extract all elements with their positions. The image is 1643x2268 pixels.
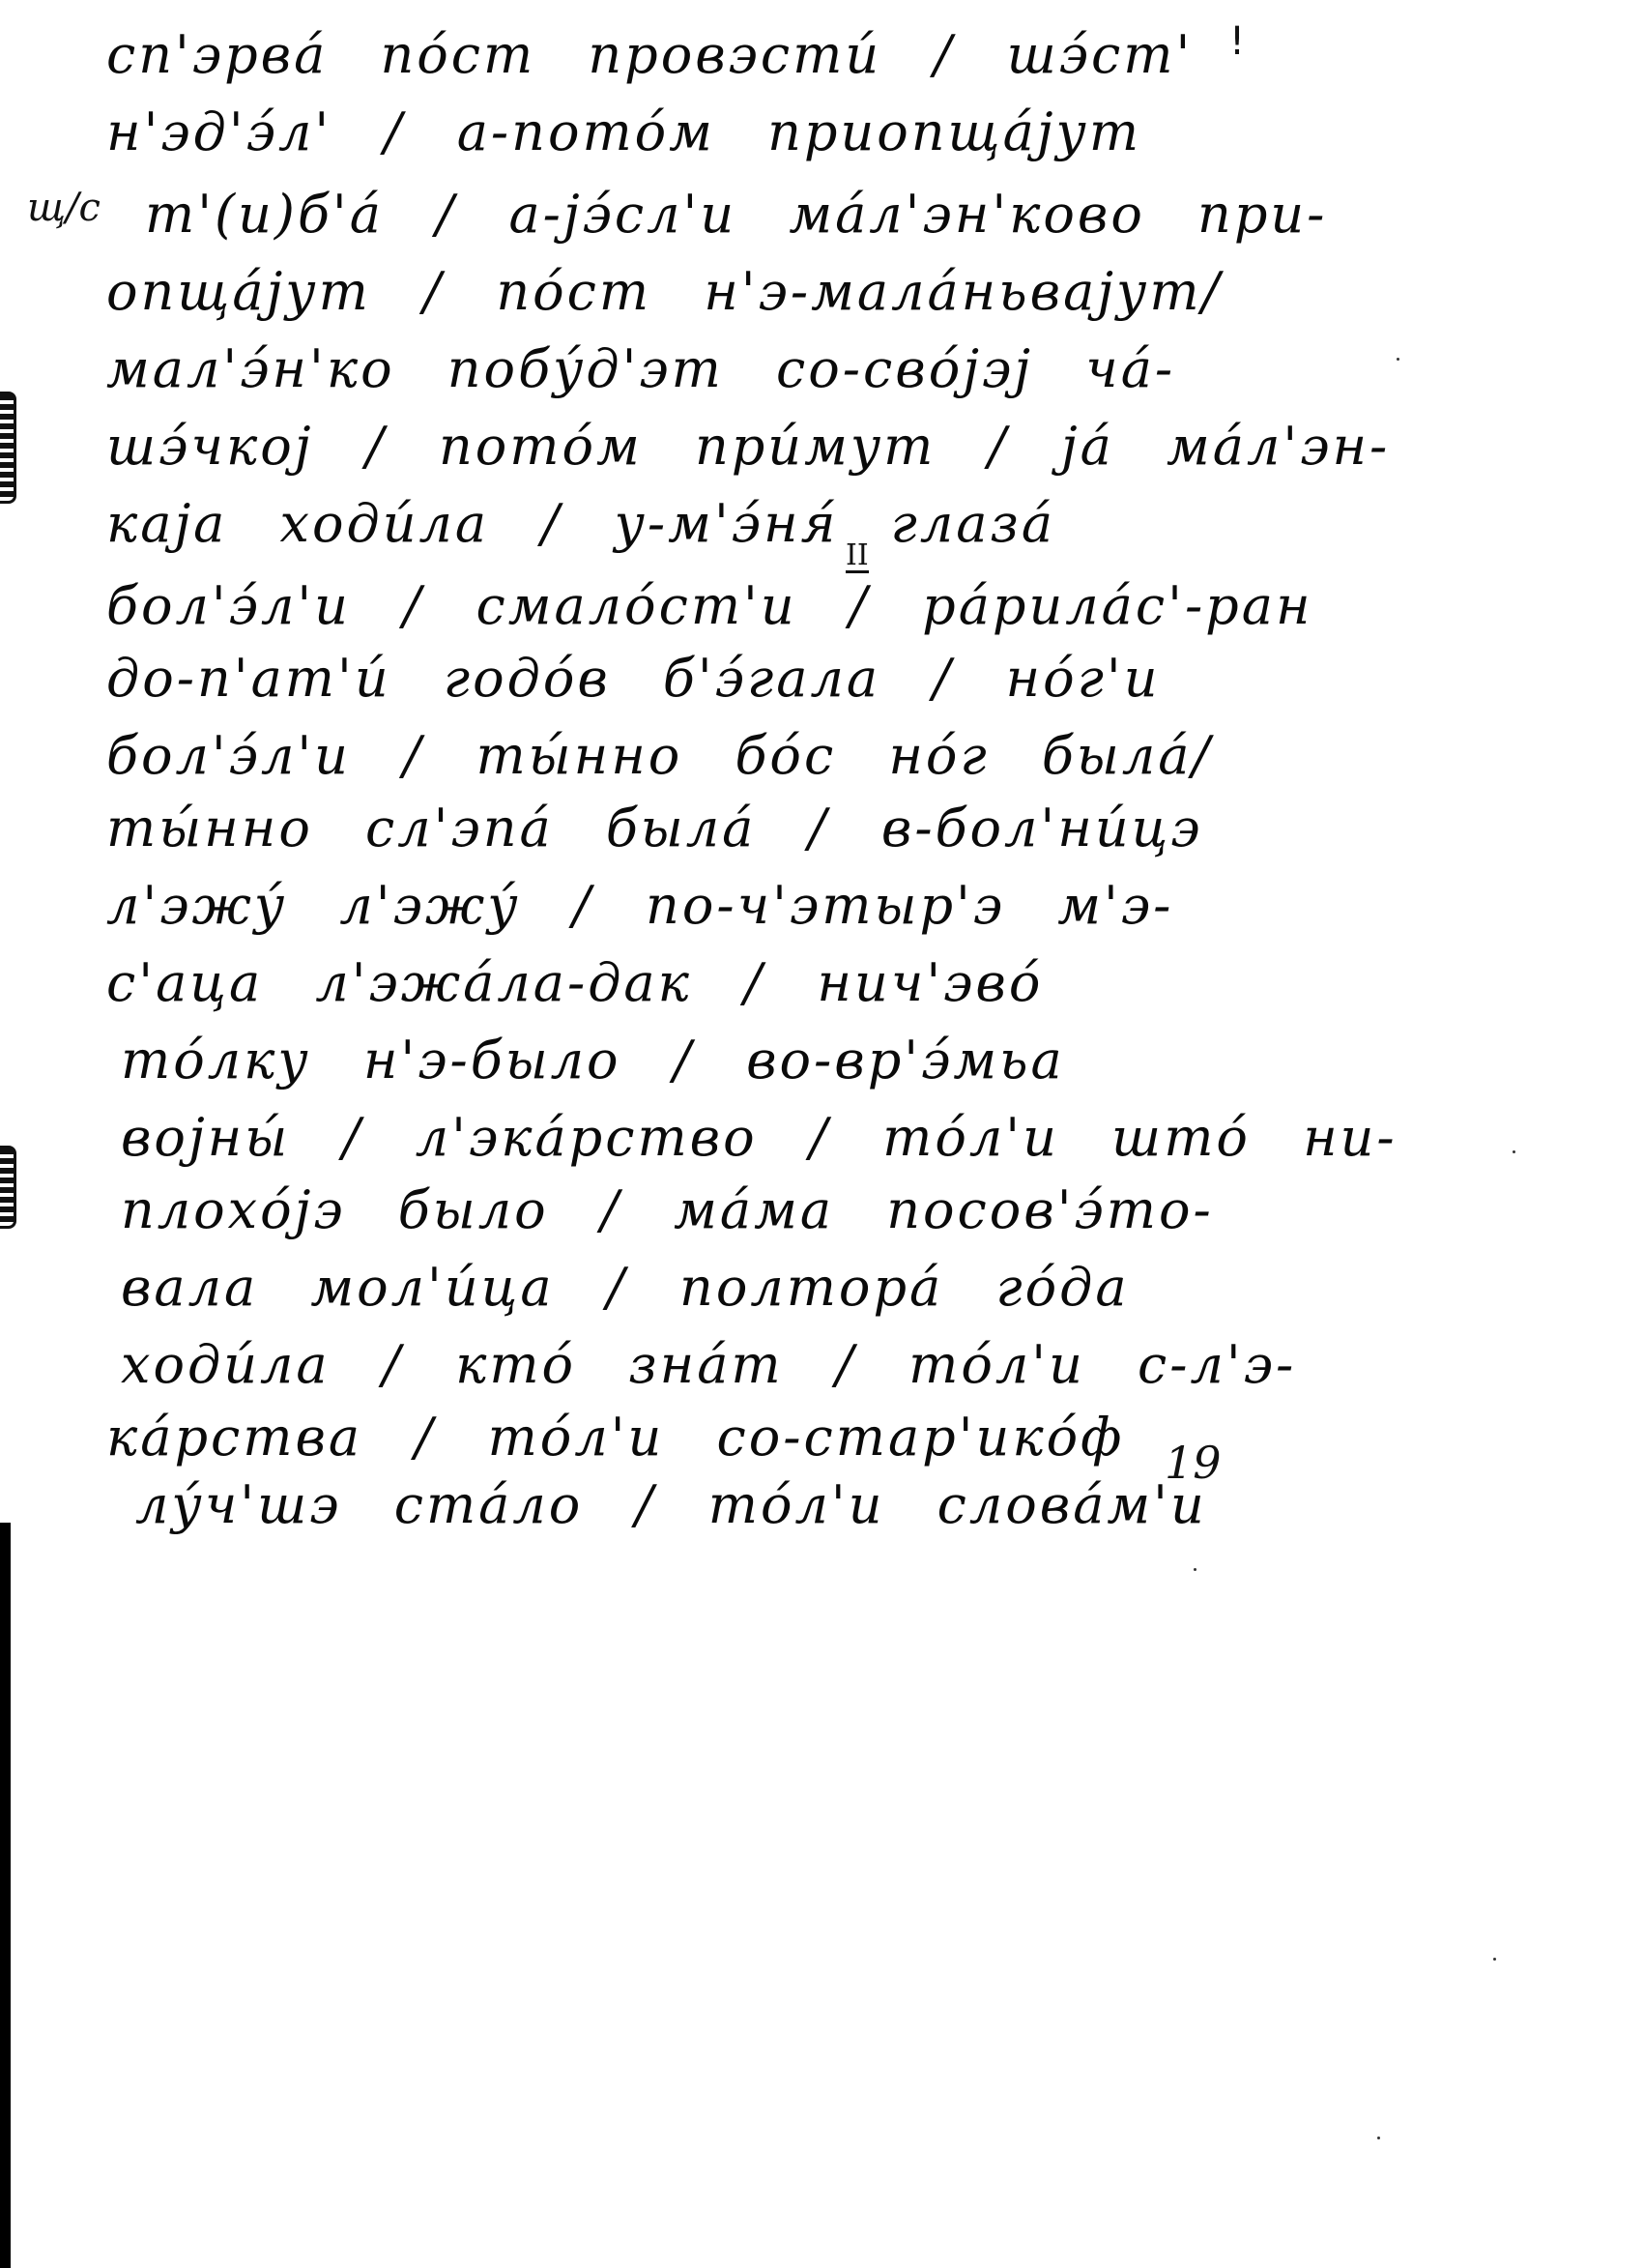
transcript-line-15: воjны́ / л'эка́рство / то́л'и што́ ни-: [121, 1112, 1398, 1164]
scan-speck: [1377, 2137, 1380, 2139]
transcript-line-19: ка́рства / то́л'и со-стар'ико́ф: [106, 1411, 1124, 1464]
binder-hole-mark-top: [0, 392, 16, 504]
page-number: 19: [1165, 1437, 1222, 1489]
transcript-line-16: плохо́jэ было / ма́ма посов'э́то-: [121, 1184, 1214, 1236]
scan-edge-black-bar: [0, 1523, 11, 2268]
scanned-page: ! щ/с сп'эрва́ по́ст провэсти́ / шэ́ст' …: [0, 0, 1643, 2268]
transcript-line-12: л'эжу́ л'эжу́ / по-ч'этыр'э м'э-: [106, 880, 1173, 932]
scan-speck: [1493, 1958, 1496, 1961]
transcript-line-5: мал'э́н'ко побу́д'эт со-сво́jэj ча́-: [106, 343, 1175, 395]
transcript-line-9: до-п'ат'и́ годо́в б'э́гала / но́г'и: [106, 653, 1161, 705]
scan-speck: [1397, 358, 1399, 361]
margin-note-text: щ/с: [27, 186, 101, 230]
transcript-line-3: т'(и)б'а́ / а-jэ́сл'и ма́л'эн'ково при-: [145, 189, 1327, 241]
binder-hole-mark-middle: [0, 1146, 16, 1229]
transcript-line-2: н'эд'э́л' / а-пото́м приопща́jут: [106, 106, 1141, 159]
transcript-line-10: бол'э́л'и / ты́нно бо́с но́г была́/: [106, 730, 1213, 782]
transcript-line-1: сп'эрва́ по́ст провэсти́ / шэ́ст': [106, 29, 1193, 81]
transcript-line-20: лу́ч'шэ ста́ло / то́л'и слова́м'и: [135, 1479, 1207, 1531]
top-right-exclamation-mark: !: [1229, 19, 1245, 64]
transcript-line-13: с'аца л'эжа́ла-дак / нич'эво́: [106, 957, 1043, 1009]
transcript-line-11: ты́нно сл'эпа́ была́ / в-бол'ни́цэ: [106, 802, 1203, 855]
transcript-line-14: то́лку н'э-было / во-вр'э́мьа: [121, 1034, 1065, 1087]
transcript-line-18: ходи́ла / кто́ зна́т / то́л'и с-л'э-: [121, 1339, 1296, 1391]
roman-numeral-annotation: II: [846, 541, 869, 573]
margin-correction-note: щ/с: [27, 186, 101, 230]
transcript-line-6: шэ́чкоj / пото́м при́мут / jа́ ма́л'эн-: [106, 421, 1390, 473]
transcript-line-8: бол'э́л'и / смало́ст'и / ра́рила́с'-ран: [106, 580, 1313, 632]
scan-speck: [1513, 1150, 1515, 1153]
transcript-line-4: опща́jут / по́ст н'э-мала́ньваjут/: [106, 266, 1223, 318]
transcript-line-7: каjа ходи́ла / у-м'э́ня́ глаза́: [106, 498, 1055, 550]
scan-speck: [1194, 1568, 1196, 1571]
transcript-line-17: вала мол'и́ца / полтора́ го́да: [121, 1262, 1130, 1314]
